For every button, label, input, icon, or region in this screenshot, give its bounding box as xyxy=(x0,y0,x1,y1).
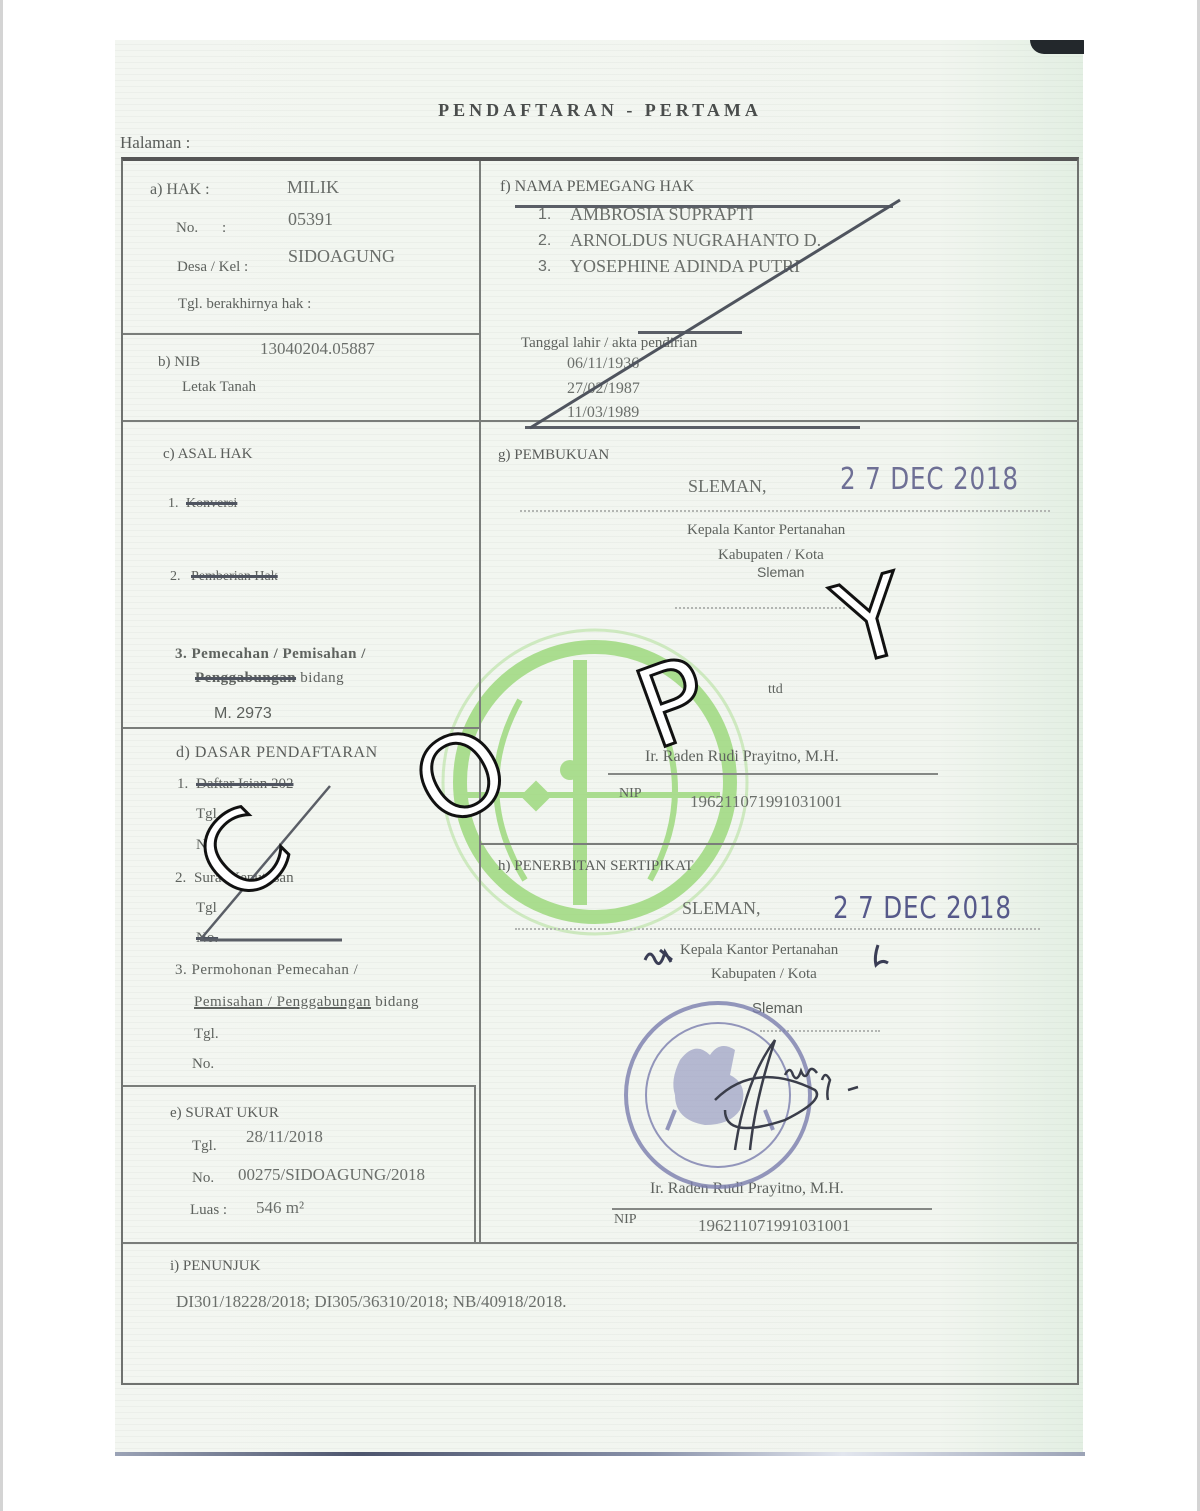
ministry-seal-icon xyxy=(626,1003,810,1187)
handwritten-l-mark xyxy=(875,945,888,965)
holders-diagonal-strike xyxy=(530,200,900,428)
handwritten-u-mark xyxy=(645,950,672,964)
annotation-overlay xyxy=(0,0,1200,1511)
